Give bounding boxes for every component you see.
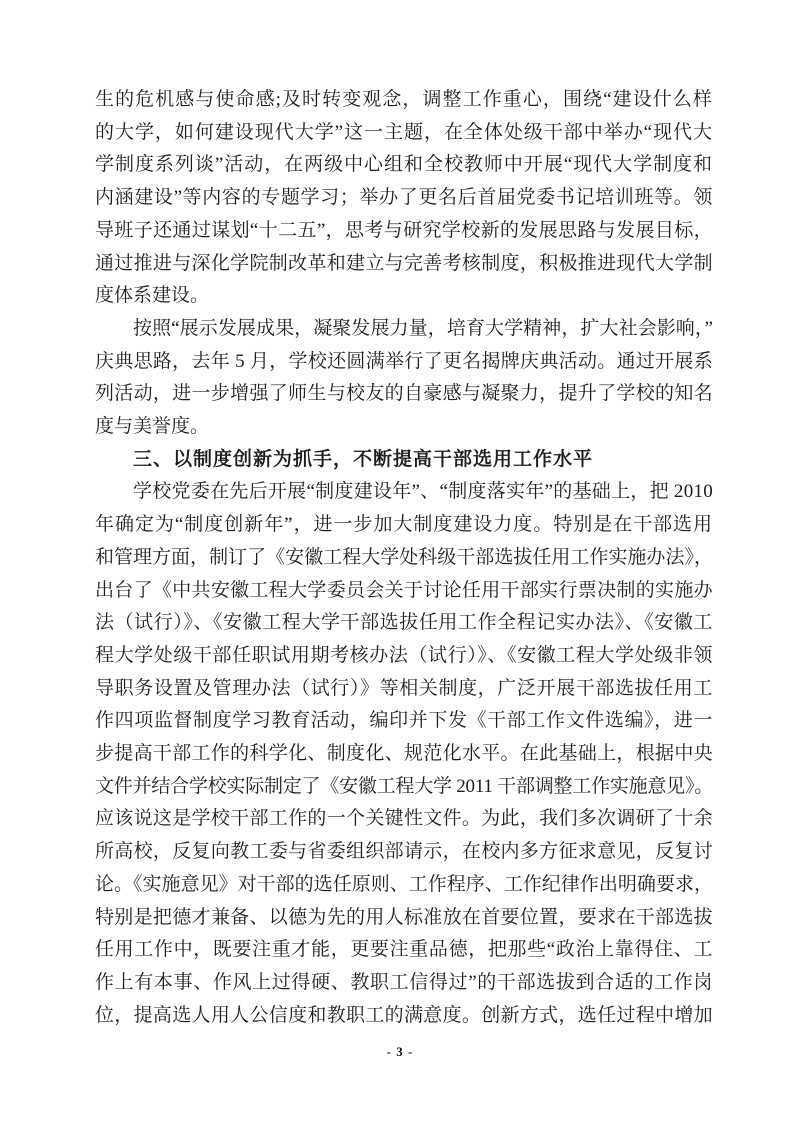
document-body: 生的危机感与使命感;及时转变观念，调整工作重心，围绕“建设什么样的大学，如何建设… [95, 84, 713, 1032]
text-line: 学制度系列谈”活动，在两级中心组和全校教师中开展“现代大学制度和 [95, 149, 713, 182]
text-line: 出台了《中共安徽工程大学委员会关于讨论任用干部实行票决制的实施办 [95, 575, 713, 608]
text-line: 所高校，反复向教工委与省委组织部请示，在校内多方征求意见，反复讨 [95, 836, 713, 869]
text-line: 应该说这是学校干部工作的一个关键性文件。为此，我们多次调研了十余 [95, 803, 713, 836]
text-line: 度与美誉度。 [95, 411, 713, 444]
text-line: 文件并结合学校实际制定了《安徽工程大学 2011 干部调整工作实施意见》。 [95, 771, 713, 804]
text-line: 生的危机感与使命感;及时转变观念，调整工作重心，围绕“建设什么样 [95, 84, 713, 117]
text-line: 的大学，如何建设现代大学”这一主题，在全体处级干部中举办“现代大 [95, 117, 713, 150]
text-line: 庆典思路，去年 5 月，学校还圆满举行了更名揭牌庆典活动。通过开展系 [95, 346, 713, 379]
text-line: 法（试行）》、《安徽工程大学干部选拔任用工作全程记实办法》、《安徽工 [95, 607, 713, 640]
text-line: 步提高干部工作的科学化、制度化、规范化水平。在此基础上，根据中央 [95, 738, 713, 771]
text-line: 度体系建设。 [95, 280, 713, 313]
text-line: 按照“展示发展成果，凝聚发展力量，培育大学精神，扩大社会影响，” [95, 313, 713, 346]
text-line: 位，提高选人用人公信度和教职工的满意度。创新方式，选任过程中增加 [95, 1000, 713, 1033]
document-page: 生的危机感与使命感;及时转变观念，调整工作重心，围绕“建设什么样的大学，如何建设… [0, 0, 800, 1131]
text-line: 和管理方面，制订了《安徽工程大学处科级干部选拔任用工作实施办法》， [95, 542, 713, 575]
text-line: 学校党委在先后开展“制度建设年”、“制度落实年”的基础上，把 2010 [95, 476, 713, 509]
text-line: 论。《实施意见》对干部的选任原则、工作程序、工作纪律作出明确要求， [95, 869, 713, 902]
text-line: 特别是把德才兼备、以德为先的用人标准放在首要位置，要求在干部选拔 [95, 902, 713, 935]
page-number: - 3 - [0, 1042, 800, 1062]
text-line: 通过推进与深化学院制改革和建立与完善考核制度，积极推进现代大学制 [95, 248, 713, 281]
text-line: 导班子还通过谋划“十二五”，思考与研究学校新的发展思路与发展目标， [95, 215, 713, 248]
section-heading: 三、以制度创新为抓手，不断提高干部选用工作水平 [95, 444, 713, 477]
text-line: 作四项监督制度学习教育活动，编印并下发《干部工作文件选编》，进一 [95, 705, 713, 738]
text-line: 作上有本事、作风上过得硬、教职工信得过”的干部选拔到合适的工作岗 [95, 967, 713, 1000]
text-line: 年确定为“制度创新年”，进一步加大制度建设力度。特别是在干部选用 [95, 509, 713, 542]
text-line: 程大学处级干部任职试用期考核办法（试行）》、《安徽工程大学处级非领 [95, 640, 713, 673]
text-line: 导职务设置及管理办法（试行）》等相关制度，广泛开展干部选拔任用工 [95, 673, 713, 706]
text-line: 内涵建设”等内容的专题学习；举办了更名后首届党委书记培训班等。领 [95, 182, 713, 215]
text-line: 列活动，进一步增强了师生与校友的自豪感与凝聚力，提升了学校的知名 [95, 378, 713, 411]
text-line: 任用工作中，既要注重才能，更要注重品德，把那些“政治上靠得住、工 [95, 934, 713, 967]
